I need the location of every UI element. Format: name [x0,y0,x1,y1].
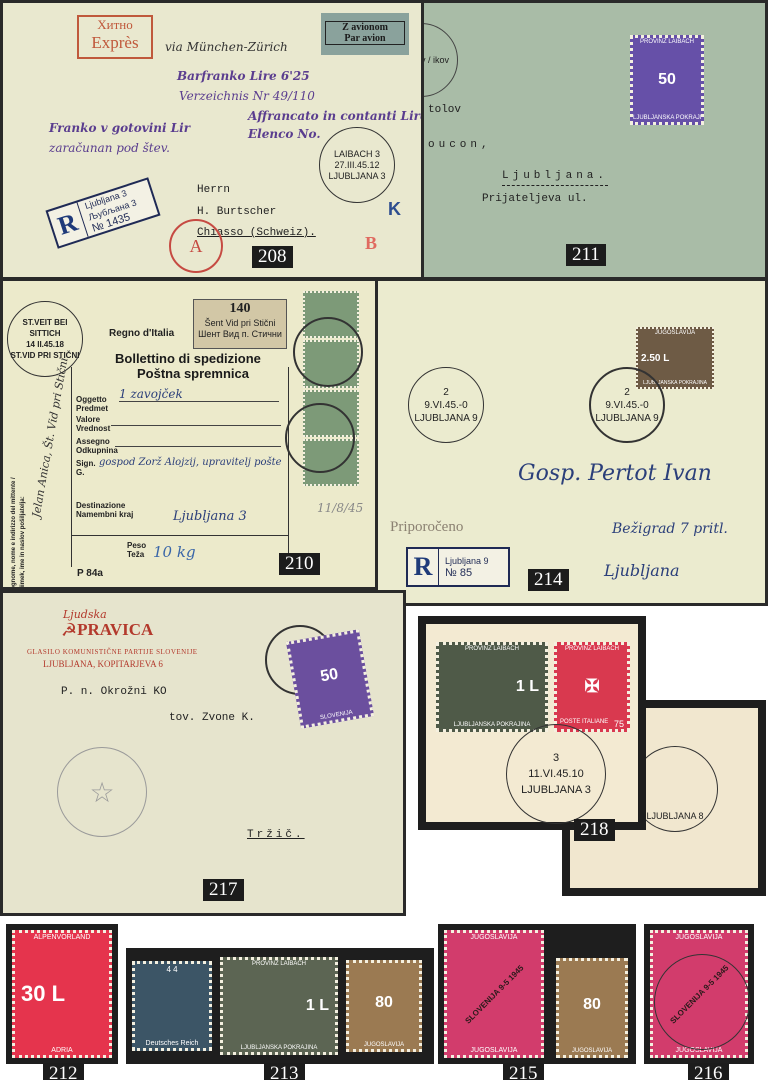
star-icon: ☆ [89,776,114,809]
piece-215[interactable]: JUGOSLAVIJA SLOVENIJA 9-5 1945 JUGOSLAVI… [438,924,636,1064]
postmark-st-veit: ST.VEIT BEI SITTICH 14 II.45.18 ST.VID P… [7,301,83,377]
lot-number: 213 [264,1063,305,1080]
field-assegno-label: AssegnoOdkupnina [76,437,118,455]
express-label: Хитно Exprès [77,15,153,59]
masthead: Ljudska ☭ PRAVICA [61,609,153,640]
cover-211[interactable]: nje / jcev / ikov tolov PROVINZ LAIBACH … [421,0,768,280]
routing-note: via München-Zürich [165,40,288,54]
stamp-jugoslavija-80: 80 JUGOSLAVIJA [346,960,422,1052]
lot-number: 211 [566,244,606,266]
form-header: Regno d'Italia [109,329,174,338]
field-oggetto-value: 1 zavojček [119,387,279,402]
hammer-sickle-icon: ☭ [61,621,77,639]
field-destination-label: DestinazioneNamembni kraj [76,501,133,519]
field-destination-value: Ljubljana 3 [173,509,247,524]
lot-number: 215 [503,1063,544,1080]
masthead-address: LJUBLJANA, KOPITARJEVA 6 [43,659,163,669]
pencil-mark: 11/8/45 [317,501,363,515]
red-letter-mark: B [365,233,377,254]
address-line: H. Burtscher [197,206,276,218]
field-sign-value: gospod Zorž Alojzij, upravitelj pošte [99,457,282,468]
registration-label: R Ljubljana 3 Љубљана 3 № 1435 [45,177,160,248]
address-line: Prijateljeva ul. [482,193,588,205]
franko-cachet: Franko v gotovini Lir [49,121,190,135]
stamp-provinz-laibach-50: PROVINZ LAIBACH 50 LJUBLJANSKA POKRAJINA [630,35,704,125]
masthead-subtitle: GLASILO KOMUNISTIČNE PARTIJE SLOVENIJE [27,648,198,656]
postmark-laibach: LAIBACH 3 27.III.45.12 LJUBLJANA 3 [319,127,395,203]
lot-number: 210 [279,553,320,575]
priporoceno-cachet: Priporočeno [390,519,463,536]
form-left-rule [71,367,72,567]
address-line: P. n. Okrožni KO [61,686,167,698]
sender-cachet: nje / jcev / ikov [421,23,458,97]
address-line: oucon, [428,139,492,151]
postmark-ljubljana-9: 2 9.VI.45.-0 LJUBLJANA 9 [408,367,484,443]
barfranko-cachet: Barfranko Lire 6'25 [177,69,310,83]
eagle-icon: ✠ [584,676,599,697]
address-line: Bežigrad 7 pritl. [612,521,728,537]
sender-text: tolov [428,104,461,116]
lot-number: 212 [43,1063,84,1080]
piece-218a[interactable]: PROVINZ LAIBACH 1 L LJUBLJANSKA POKRAJIN… [418,616,646,830]
lot-number: 217 [203,879,244,901]
censor-mark: A [169,219,223,273]
airmail-label: Z avionom Par avion [321,13,409,55]
stamp-provinz-laibach-1l: PROVINZ LAIBACH 1 L LJUBLJANSKA POKRAJIN… [436,642,548,732]
stamp-provinz-laibach-1l: PROVINZ LAIBACH 1 L LJUBLJANSKA POKRAJIN… [220,957,338,1055]
cover-210[interactable]: ST.VEIT BEI SITTICH 14 II.45.18 ST.VID P… [0,278,378,590]
stamp-alpenvorland-30: ALPENVORLAND 30 L ADRIA [12,930,112,1058]
weight-label: PesoTeža [127,541,146,559]
form-code: P 84a [77,569,103,578]
postmark-ljubljana-9: 2 9.VI.45.-0 LJUBLJANA 9 [589,367,665,443]
field-oggetto-label: OggettoPredmet [76,395,108,413]
address-line: Ljubljana. [502,170,608,186]
form-right-rule [288,367,289,567]
stamp-slovenija-30: JUGOSLAVIJA SLOVENIJA 9-5 1945 JUGOSLAVI… [444,930,544,1058]
verzeichnis-cachet: Verzeichnis Nr 49/110 [179,89,315,103]
elenco-cachet: Elenco No. [248,127,321,141]
field-valore-label: ValoreVrednost [76,415,110,433]
cover-214[interactable]: JUGOSLAVIJA 2.50 L LJUBLJANSKA POKRAJINA… [375,278,768,606]
registration-label: R Ljubljana 9 № 85 [406,547,510,587]
cover-208[interactable]: Хитно Exprès via München-Zürich Z aviono… [0,0,424,280]
address-line: tov. Zvone K. [169,712,255,724]
lot-number: 214 [528,569,569,591]
piece-216[interactable]: JUGOSLAVIJA SLOVENIJA 9-5 1945 JUGOSLAVI… [644,924,754,1064]
field-valore-line [111,425,281,426]
cover-217[interactable]: Ljudska ☭ PRAVICA GLASILO KOMUNISTIČNE P… [0,590,406,916]
address-line: Tržič. [247,829,305,841]
registration-r-icon: R [408,549,439,585]
stamp-jugoslavija-80: 80 JUGOSLAVIJA [556,958,628,1058]
stamp-red-75: PROVINZ LAIBACH ✠ POSTE ITALIANE75 [554,642,630,732]
ljudska-pravica-cachet: ☆ [57,747,147,837]
stamp-slovenija-50: 50 SLOVENIJA [286,629,374,729]
sender-side-note: Cognome, nome e indirizzo del mittente /… [10,474,28,590]
postmark-ljubljana-3: 3 11.VI.45.10 LJUBLJANA 3 [506,724,606,824]
lot-number: 218 [574,819,615,841]
piece-212[interactable]: ALPENVORLAND 30 L ADRIA [6,924,118,1064]
postmark-on-stamp [654,954,750,1050]
piece-213[interactable]: 4 4 Deutsches Reich PROVINZ LAIBACH 1 L … [126,948,434,1064]
origin-label: 140 Šent Vid pri Stični Шент Вид п. Стич… [193,299,287,349]
address-line: Herrn [197,184,230,196]
blue-letter-mark: K [388,199,401,220]
form-bottom-rule [71,535,289,536]
lot-number: 208 [252,246,293,268]
affrancato-cachet: Affrancato in contanti Lire [248,109,424,123]
field-assegno-line [115,446,281,447]
lot-number: 216 [688,1063,729,1080]
field-sign-label: Sign.G. [76,459,96,477]
sender-handwritten: Jelan Anica, Št. Vid pri Stični [30,357,71,519]
weight-value: 10 kg [153,543,196,561]
stamp-deutsches-reich-4: 4 4 Deutsches Reich [132,961,212,1051]
form-title: Bollettino di spedizione Poštna spremnic… [115,351,261,381]
postmark-on-stamps [293,317,363,387]
zaracunan-cachet: zaračunan pod štev. [49,141,170,155]
address-line: Ljubljana [604,561,680,580]
address-line: Gosp. Pertot Ivan [518,461,712,486]
postmark-on-stamps [285,403,355,473]
